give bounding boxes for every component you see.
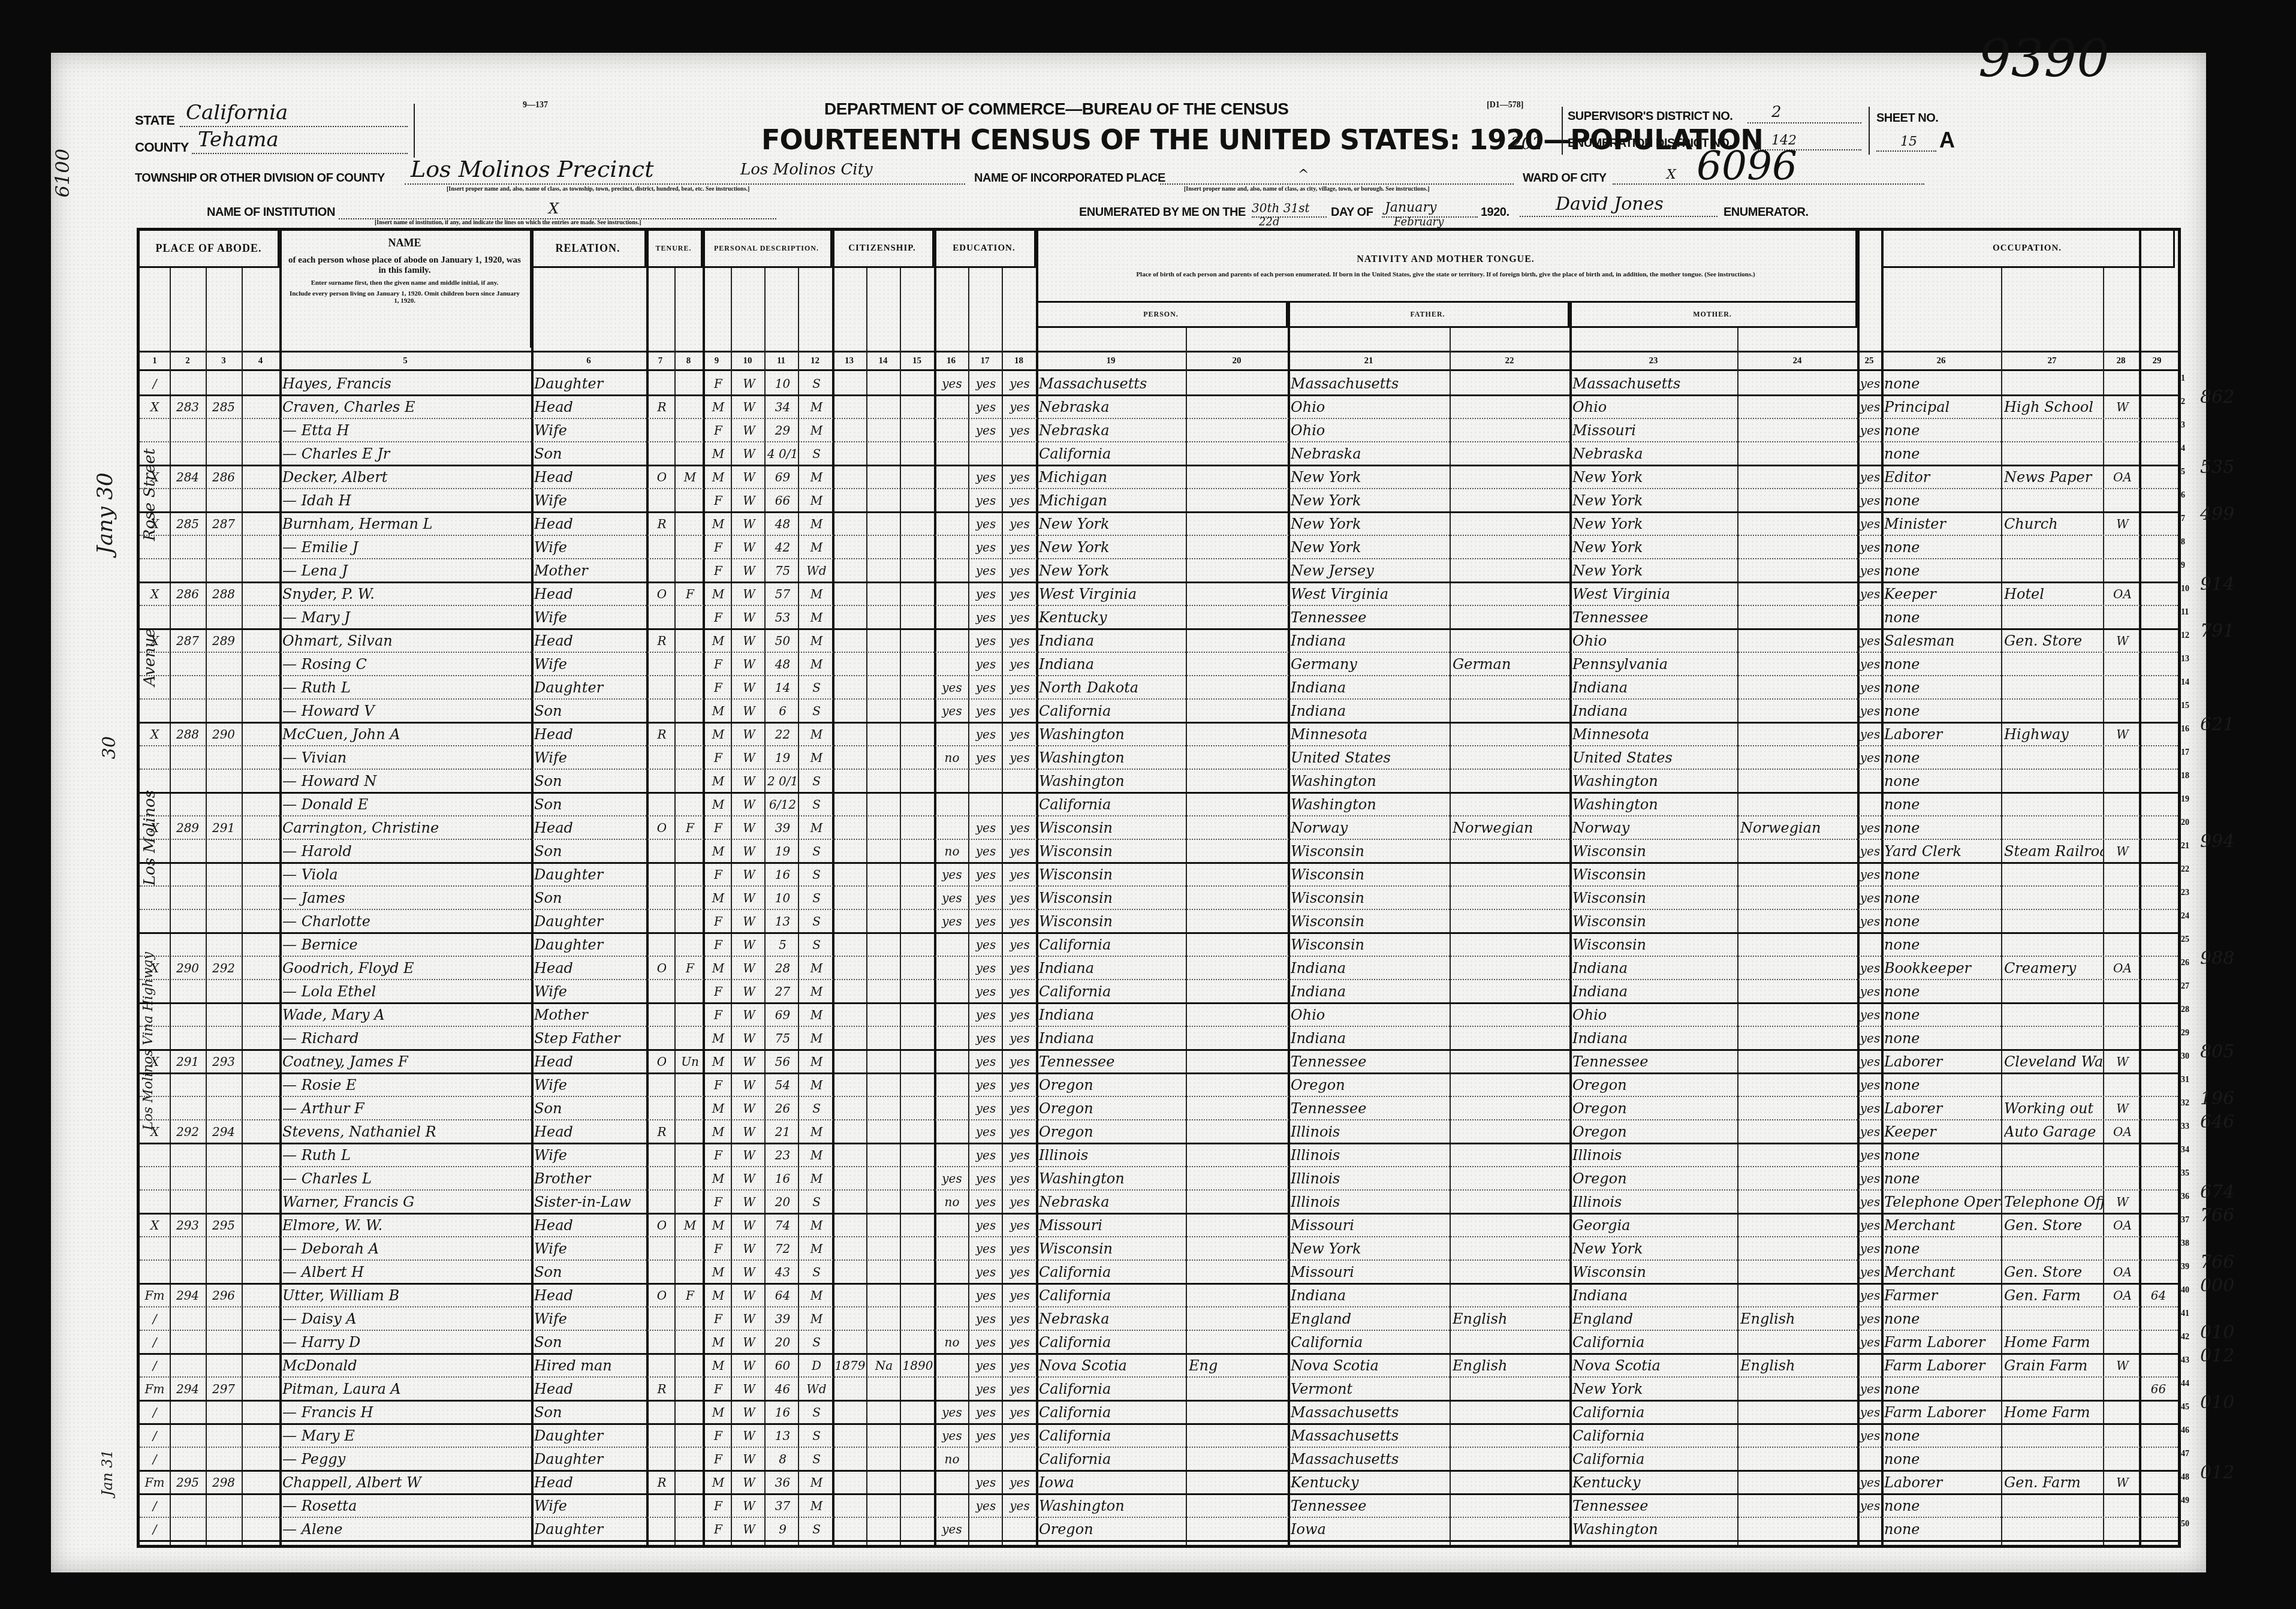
english-cell — [1859, 1449, 1881, 1469]
mortgage-cell — [677, 1355, 703, 1376]
farm-schedule-cell — [2142, 818, 2175, 838]
relation-cell: Daughter — [534, 677, 646, 698]
table-row: /— PeggyDaughterFW8SnoCaliforniaMassachu… — [140, 1447, 2178, 1472]
family-number-cell — [242, 1496, 279, 1516]
mother-birthplace-cell: Wisconsin — [1572, 841, 1737, 861]
mother-tongue-mother-cell — [1740, 724, 1857, 745]
mother-tongue-cell — [1189, 397, 1288, 417]
family-number-cell — [242, 794, 279, 815]
birthplace-cell: Indiana — [1039, 631, 1186, 651]
mortgage-cell — [677, 654, 703, 674]
naturalized-cell — [868, 935, 900, 955]
occupation-cell: none — [1884, 1005, 2001, 1025]
write-cell: yes — [1004, 1192, 1036, 1212]
relation-cell: Daughter — [534, 1426, 646, 1446]
naturalized-cell — [868, 1192, 900, 1212]
line-number: 6 — [2181, 491, 2185, 501]
occupation-cell: none — [1884, 1145, 2001, 1165]
age-cell: 21 — [767, 1122, 798, 1142]
street-cell: X — [140, 397, 170, 417]
house-number-cell — [170, 444, 206, 464]
naturalized-cell — [868, 1285, 900, 1306]
age-cell: 4 0/12 — [767, 444, 798, 464]
father-tongue-cell — [1453, 490, 1569, 511]
sex-cell: M — [706, 1122, 731, 1142]
mother-tongue-mother-cell — [1740, 444, 1857, 464]
farm-schedule-cell — [2142, 584, 2175, 604]
name-cell: — Donald E — [282, 794, 531, 815]
table-row: Fm294297Pitman, Laura AHeadRFW46Wdyesyes… — [140, 1376, 2178, 1402]
naturalization-year-cell — [902, 607, 934, 628]
owned-cell: R — [649, 514, 674, 534]
farm-schedule-cell — [2142, 373, 2175, 394]
naturalization-year-cell — [902, 677, 934, 698]
table-row: — Emilie JWifeFW42MyesyesNew YorkNew Yor… — [140, 535, 2178, 559]
naturalization-year-cell — [902, 1005, 934, 1025]
write-cell: yes — [1004, 514, 1036, 534]
naturalization-year-cell — [902, 1472, 934, 1493]
occupation-cell: Farm Laborer — [1884, 1402, 2001, 1423]
street-cell — [140, 864, 170, 885]
family-number-cell — [242, 1168, 279, 1189]
father-tongue-cell — [1453, 1379, 1569, 1399]
english-cell: yes — [1859, 1192, 1881, 1212]
marital-cell: S — [801, 771, 832, 791]
school-cell — [936, 444, 968, 464]
immigration-year-cell — [834, 701, 866, 721]
farm-schedule-cell — [2142, 701, 2175, 721]
name-cell: — Harry D — [282, 1332, 531, 1352]
supervisor-label: SUPERVISOR'S DISTRICT NO. — [1568, 110, 1732, 123]
sex-cell: M — [706, 397, 731, 417]
father-tongue-cell — [1453, 911, 1569, 932]
mother-birthplace-cell: Indiana — [1572, 1028, 1737, 1048]
father-tongue-cell — [1453, 514, 1569, 534]
marital-cell: Wd — [801, 1379, 832, 1399]
name-cell: — Ruth L — [282, 1145, 531, 1165]
dwelling-number-cell — [206, 607, 242, 628]
school-cell — [936, 1309, 968, 1329]
class-of-worker-cell: W — [2106, 841, 2139, 861]
write-cell: yes — [1004, 607, 1036, 628]
mortgage-cell — [677, 537, 703, 558]
line-number: 11 — [2181, 608, 2189, 617]
read-cell: yes — [970, 1472, 1002, 1493]
mother-birthplace-cell: California — [1572, 1449, 1737, 1469]
table-row: X283285Craven, Charles EHeadRMW34Myesyes… — [140, 394, 2178, 419]
sex-cell: M — [706, 1028, 731, 1048]
farm-schedule-cell — [2142, 1005, 2175, 1025]
owned-cell: O — [649, 1215, 674, 1236]
sex-cell: M — [706, 888, 731, 908]
immigration-year-cell — [834, 1519, 866, 1539]
read-cell: yes — [970, 1402, 1002, 1423]
school-cell: yes — [936, 373, 968, 394]
class-of-worker-cell — [2106, 888, 2139, 908]
owned-cell — [649, 935, 674, 955]
department-title: DEPARTMENT OF COMMERCE—BUREAU OF THE CEN… — [824, 100, 1288, 119]
father-birthplace-cell: New Jersey — [1291, 561, 1450, 581]
relation-cell: Daughter — [534, 864, 646, 885]
name-cell: — Viola — [282, 864, 531, 885]
father-tongue-cell: German — [1453, 654, 1569, 674]
relation-cell: Head — [534, 514, 646, 534]
mother-tongue-mother-cell — [1740, 935, 1857, 955]
name-instr-3: Include every person living on January 1… — [288, 290, 522, 305]
owned-cell — [649, 654, 674, 674]
race-cell: W — [734, 935, 764, 955]
owned-cell — [649, 748, 674, 768]
birthplace-cell: Kentucky — [1039, 607, 1186, 628]
owned-cell: R — [649, 1472, 674, 1493]
sex-cell: M — [706, 958, 731, 978]
table-row: /— Francis HSonMW16SyesyesyesCaliforniaM… — [140, 1400, 2178, 1425]
naturalized-cell — [868, 607, 900, 628]
group-tenure: TENURE. — [646, 231, 703, 268]
industry-cell: Creamery — [2004, 958, 2103, 978]
street-cell: / — [140, 1309, 170, 1329]
naturalized-cell — [868, 1239, 900, 1259]
marital-cell: M — [801, 1005, 832, 1025]
class-of-worker-cell — [2106, 864, 2139, 885]
immigration-year-cell — [834, 794, 866, 815]
industry-cell — [2004, 654, 2103, 674]
house-number-cell — [170, 1168, 206, 1189]
birthplace-cell: California — [1039, 935, 1186, 955]
sex-cell: M — [706, 1262, 731, 1282]
sex-cell: F — [706, 1426, 731, 1446]
naturalized-cell — [868, 1122, 900, 1142]
owned-cell — [649, 911, 674, 932]
name-cell: — Deborah A — [282, 1239, 531, 1259]
mother-tongue-mother-cell — [1740, 537, 1857, 558]
mother-birthplace-cell: Georgia — [1572, 1215, 1737, 1236]
relation-cell: Wife — [534, 1145, 646, 1165]
marital-cell: M — [801, 420, 832, 441]
school-cell: yes — [936, 864, 968, 885]
family-number-cell — [242, 1215, 279, 1236]
sex-cell: F — [706, 1192, 731, 1212]
read-cell: yes — [970, 724, 1002, 745]
dwelling-number-cell — [206, 1332, 242, 1352]
marital-cell: S — [801, 1262, 832, 1282]
birthplace-cell: California — [1039, 1426, 1186, 1446]
incorporated-value: ^ — [1298, 167, 1309, 182]
table-row: X290292Goodrich, Floyd EHeadOFMW28Myesye… — [140, 956, 2178, 980]
street-cell: X — [140, 1215, 170, 1236]
birthplace-cell: New York — [1039, 514, 1186, 534]
father-tongue-cell — [1453, 1215, 1569, 1236]
naturalized-cell — [868, 1262, 900, 1282]
street-cell: / — [140, 1332, 170, 1352]
naturalization-year-cell — [902, 397, 934, 417]
sex-cell: M — [706, 514, 731, 534]
write-cell: yes — [1004, 1309, 1036, 1329]
father-birthplace-cell: Indiana — [1291, 1285, 1450, 1306]
relation-cell: Head — [534, 1122, 646, 1142]
age-cell: 39 — [767, 818, 798, 838]
mortgage-cell: M — [677, 1215, 703, 1236]
enumerated-month: January — [1385, 200, 1436, 215]
margin-code: 012 — [2200, 1462, 2234, 1483]
owned-cell — [649, 1145, 674, 1165]
marital-cell: M — [801, 584, 832, 604]
marital-cell: S — [801, 444, 832, 464]
col-num-22: 22 — [1450, 352, 1569, 369]
mother-tongue-cell: Eng — [1189, 1355, 1288, 1376]
naturalized-cell — [868, 373, 900, 394]
immigration-year-cell — [834, 911, 866, 932]
father-birthplace-cell: Wisconsin — [1291, 935, 1450, 955]
write-cell: yes — [1004, 748, 1036, 768]
name-cell: Hayes, Francis — [282, 373, 531, 394]
father-tongue-cell — [1453, 373, 1569, 394]
class-of-worker-cell — [2106, 981, 2139, 1002]
farm-schedule-cell — [2142, 748, 2175, 768]
institution-label: NAME OF INSTITUTION — [207, 206, 335, 219]
stamp-number: 202 — [1511, 134, 1542, 153]
father-tongue-cell — [1453, 677, 1569, 698]
mortgage-cell — [677, 1472, 703, 1493]
dwelling-number-cell — [206, 1098, 242, 1119]
relation-cell: Son — [534, 888, 646, 908]
house-number-cell — [170, 1402, 206, 1423]
race-cell: W — [734, 1402, 764, 1423]
father-tongue-cell — [1453, 1285, 1569, 1306]
sex-cell: M — [706, 724, 731, 745]
immigration-year-cell — [834, 1332, 866, 1352]
relation-cell: Son — [534, 1402, 646, 1423]
mother-tongue-cell — [1189, 1051, 1288, 1072]
street-cell: Fm — [140, 1379, 170, 1399]
english-cell: yes — [1859, 1285, 1881, 1306]
naturalization-year-cell — [902, 490, 934, 511]
read-cell: yes — [970, 467, 1002, 487]
naturalization-year-cell — [902, 514, 934, 534]
birthplace-cell: California — [1039, 1379, 1186, 1399]
naturalized-cell — [868, 981, 900, 1002]
dwelling-number-cell — [206, 561, 242, 581]
mother-tongue-mother-cell — [1740, 958, 1857, 978]
incorporated-label: NAME OF INCORPORATED PLACE — [974, 171, 1165, 185]
naturalization-year-cell — [902, 1379, 934, 1399]
birthplace-cell: New York — [1039, 561, 1186, 581]
race-cell: W — [734, 584, 764, 604]
school-cell — [936, 981, 968, 1002]
ward-stamp: 6096 — [1697, 143, 1797, 189]
col-num-5: 5 — [279, 352, 531, 369]
mother-tongue-mother-cell — [1740, 1168, 1857, 1189]
street-cell: Fm — [140, 1472, 170, 1493]
marital-cell: S — [801, 1449, 832, 1469]
class-of-worker-cell — [2106, 654, 2139, 674]
father-birthplace-cell: Minnesota — [1291, 724, 1450, 745]
table-row: — RichardStep FatherMW75MyesyesIndianaIn… — [140, 1026, 2178, 1051]
race-cell: W — [734, 1122, 764, 1142]
mother-birthplace-cell: West Virginia — [1572, 584, 1737, 604]
owned-cell — [649, 1449, 674, 1469]
father-tongue-cell — [1453, 397, 1569, 417]
industry-cell — [2004, 748, 2103, 768]
immigration-year-cell — [834, 677, 866, 698]
marital-cell: M — [801, 1168, 832, 1189]
mortgage-cell: F — [677, 958, 703, 978]
mother-tongue-mother-cell — [1740, 584, 1857, 604]
family-number-cell — [242, 1402, 279, 1423]
incorporated-instructions: [Insert proper name and, also, name of c… — [1184, 186, 1430, 192]
relation-cell: Head — [534, 1285, 646, 1306]
read-cell: yes — [970, 397, 1002, 417]
age-cell: 69 — [767, 1005, 798, 1025]
write-cell: yes — [1004, 1402, 1036, 1423]
margin-code: 196 — [2200, 1088, 2234, 1109]
naturalization-year-cell — [902, 1168, 934, 1189]
class-of-worker-cell: OA — [2106, 1285, 2139, 1306]
margin-code: 791 — [2200, 620, 2234, 641]
race-cell: W — [734, 841, 764, 861]
school-cell — [936, 1379, 968, 1399]
incorporated-field: ^ — [1160, 167, 1514, 185]
school-cell — [936, 584, 968, 604]
immigration-year-cell — [834, 607, 866, 628]
read-cell: yes — [970, 1496, 1002, 1516]
read-cell: yes — [970, 584, 1002, 604]
occupation-cell: none — [1884, 420, 2001, 441]
sex-cell: M — [706, 1402, 731, 1423]
class-of-worker-cell: OA — [2106, 1215, 2139, 1236]
marital-cell: D — [801, 1355, 832, 1376]
naturalized-cell — [868, 1028, 900, 1048]
father-birthplace-cell: New York — [1291, 490, 1450, 511]
industry-cell: Working out — [2004, 1098, 2103, 1119]
english-cell — [1859, 1355, 1881, 1376]
occupation-cell: Farmer — [1884, 1285, 2001, 1306]
house-number-cell — [170, 1192, 206, 1212]
naturalization-year-cell — [902, 1098, 934, 1119]
relation-cell: Son — [534, 794, 646, 815]
father-birthplace-cell: Massachusetts — [1291, 373, 1450, 394]
race-cell: W — [734, 1355, 764, 1376]
street-cell — [140, 490, 170, 511]
dwelling-number-cell — [206, 1028, 242, 1048]
mother-tongue-cell — [1189, 1239, 1288, 1259]
sex-cell: F — [706, 864, 731, 885]
owned-cell — [649, 444, 674, 464]
margin-note-3: 30 — [99, 736, 120, 759]
state-field: California — [180, 108, 408, 127]
age-cell: 8 — [767, 1449, 798, 1469]
age-cell: 60 — [767, 1355, 798, 1376]
institution-field: X — [339, 201, 776, 219]
industry-cell — [2004, 1028, 2103, 1048]
name-cell: — Peggy — [282, 1449, 531, 1469]
owned-cell: O — [649, 1051, 674, 1072]
dwelling-number-cell — [206, 1145, 242, 1165]
table-row: — Arthur FSonMW26SyesyesOregonTennesseeO… — [140, 1096, 2178, 1120]
owned-cell: R — [649, 724, 674, 745]
read-cell: yes — [970, 654, 1002, 674]
family-number-cell — [242, 373, 279, 394]
house-number-cell: 291 — [170, 1051, 206, 1072]
age-cell: 69 — [767, 467, 798, 487]
mother-tongue-mother-cell — [1740, 420, 1857, 441]
immigration-year-cell — [834, 1098, 866, 1119]
birthplace-cell: North Dakota — [1039, 677, 1186, 698]
name-cell: Burnham, Herman L — [282, 514, 531, 534]
relation-cell: Mother — [534, 1005, 646, 1025]
read-cell — [970, 794, 1002, 815]
age-cell: 48 — [767, 654, 798, 674]
naturalization-year-cell — [902, 911, 934, 932]
english-cell: yes — [1859, 1122, 1881, 1142]
birthplace-cell: California — [1039, 1402, 1186, 1423]
father-birthplace-cell: Nebraska — [1291, 444, 1450, 464]
write-cell: yes — [1004, 1332, 1036, 1352]
family-number-cell — [242, 467, 279, 487]
class-of-worker-cell — [2106, 1309, 2139, 1329]
farm-schedule-cell — [2142, 490, 2175, 511]
race-cell: W — [734, 537, 764, 558]
naturalization-year-cell — [902, 1519, 934, 1539]
immigration-year-cell — [834, 1285, 866, 1306]
table-row: — BerniceDaughterFW5SyesyesCaliforniaWis… — [140, 932, 2178, 957]
owned-cell: R — [649, 1379, 674, 1399]
race-cell: W — [734, 1519, 764, 1539]
mother-birthplace-cell: Minnesota — [1572, 724, 1737, 745]
age-cell: 36 — [767, 1472, 798, 1493]
house-number-cell — [170, 1145, 206, 1165]
farm-schedule-cell — [2142, 958, 2175, 978]
mother-tongue-mother-cell — [1740, 1496, 1857, 1516]
immigration-year-cell — [834, 1239, 866, 1259]
mother-birthplace-cell: Ohio — [1572, 397, 1737, 417]
house-number-cell — [170, 1519, 206, 1539]
sex-cell: F — [706, 748, 731, 768]
mother-birthplace-cell: Ohio — [1572, 631, 1737, 651]
table-row: /Hayes, FrancisDaughterFW10SyesyesyesMas… — [140, 371, 2178, 396]
father-birthplace-cell: Indiana — [1291, 701, 1450, 721]
age-cell: 13 — [767, 1426, 798, 1446]
race-cell: W — [734, 397, 764, 417]
group-education: EDUCATION. — [934, 231, 1036, 268]
read-cell: yes — [970, 701, 1002, 721]
family-number-cell — [242, 654, 279, 674]
immigration-year-cell — [834, 467, 866, 487]
col-num-27: 27 — [2001, 352, 2103, 369]
sex-cell: F — [706, 607, 731, 628]
industry-cell — [2004, 490, 2103, 511]
mortgage-cell — [677, 771, 703, 791]
class-of-worker-cell: OA — [2106, 467, 2139, 487]
industry-cell: Home Farm — [2004, 1402, 2103, 1423]
read-cell: yes — [970, 1239, 1002, 1259]
name-cell: — Idah H — [282, 490, 531, 511]
industry-cell: Church — [2004, 514, 2103, 534]
age-cell: 16 — [767, 1168, 798, 1189]
mother-tongue-cell — [1189, 771, 1288, 791]
marital-cell: M — [801, 654, 832, 674]
industry-cell: Gen. Store — [2004, 1215, 2103, 1236]
english-cell: yes — [1859, 818, 1881, 838]
family-number-cell — [242, 444, 279, 464]
class-of-worker-cell — [2106, 1402, 2139, 1423]
family-number-cell — [242, 771, 279, 791]
sex-cell: M — [706, 1472, 731, 1493]
industry-cell — [2004, 1496, 2103, 1516]
sex-cell: M — [706, 1285, 731, 1306]
farm-schedule-cell — [2142, 1215, 2175, 1236]
marital-cell: S — [801, 935, 832, 955]
